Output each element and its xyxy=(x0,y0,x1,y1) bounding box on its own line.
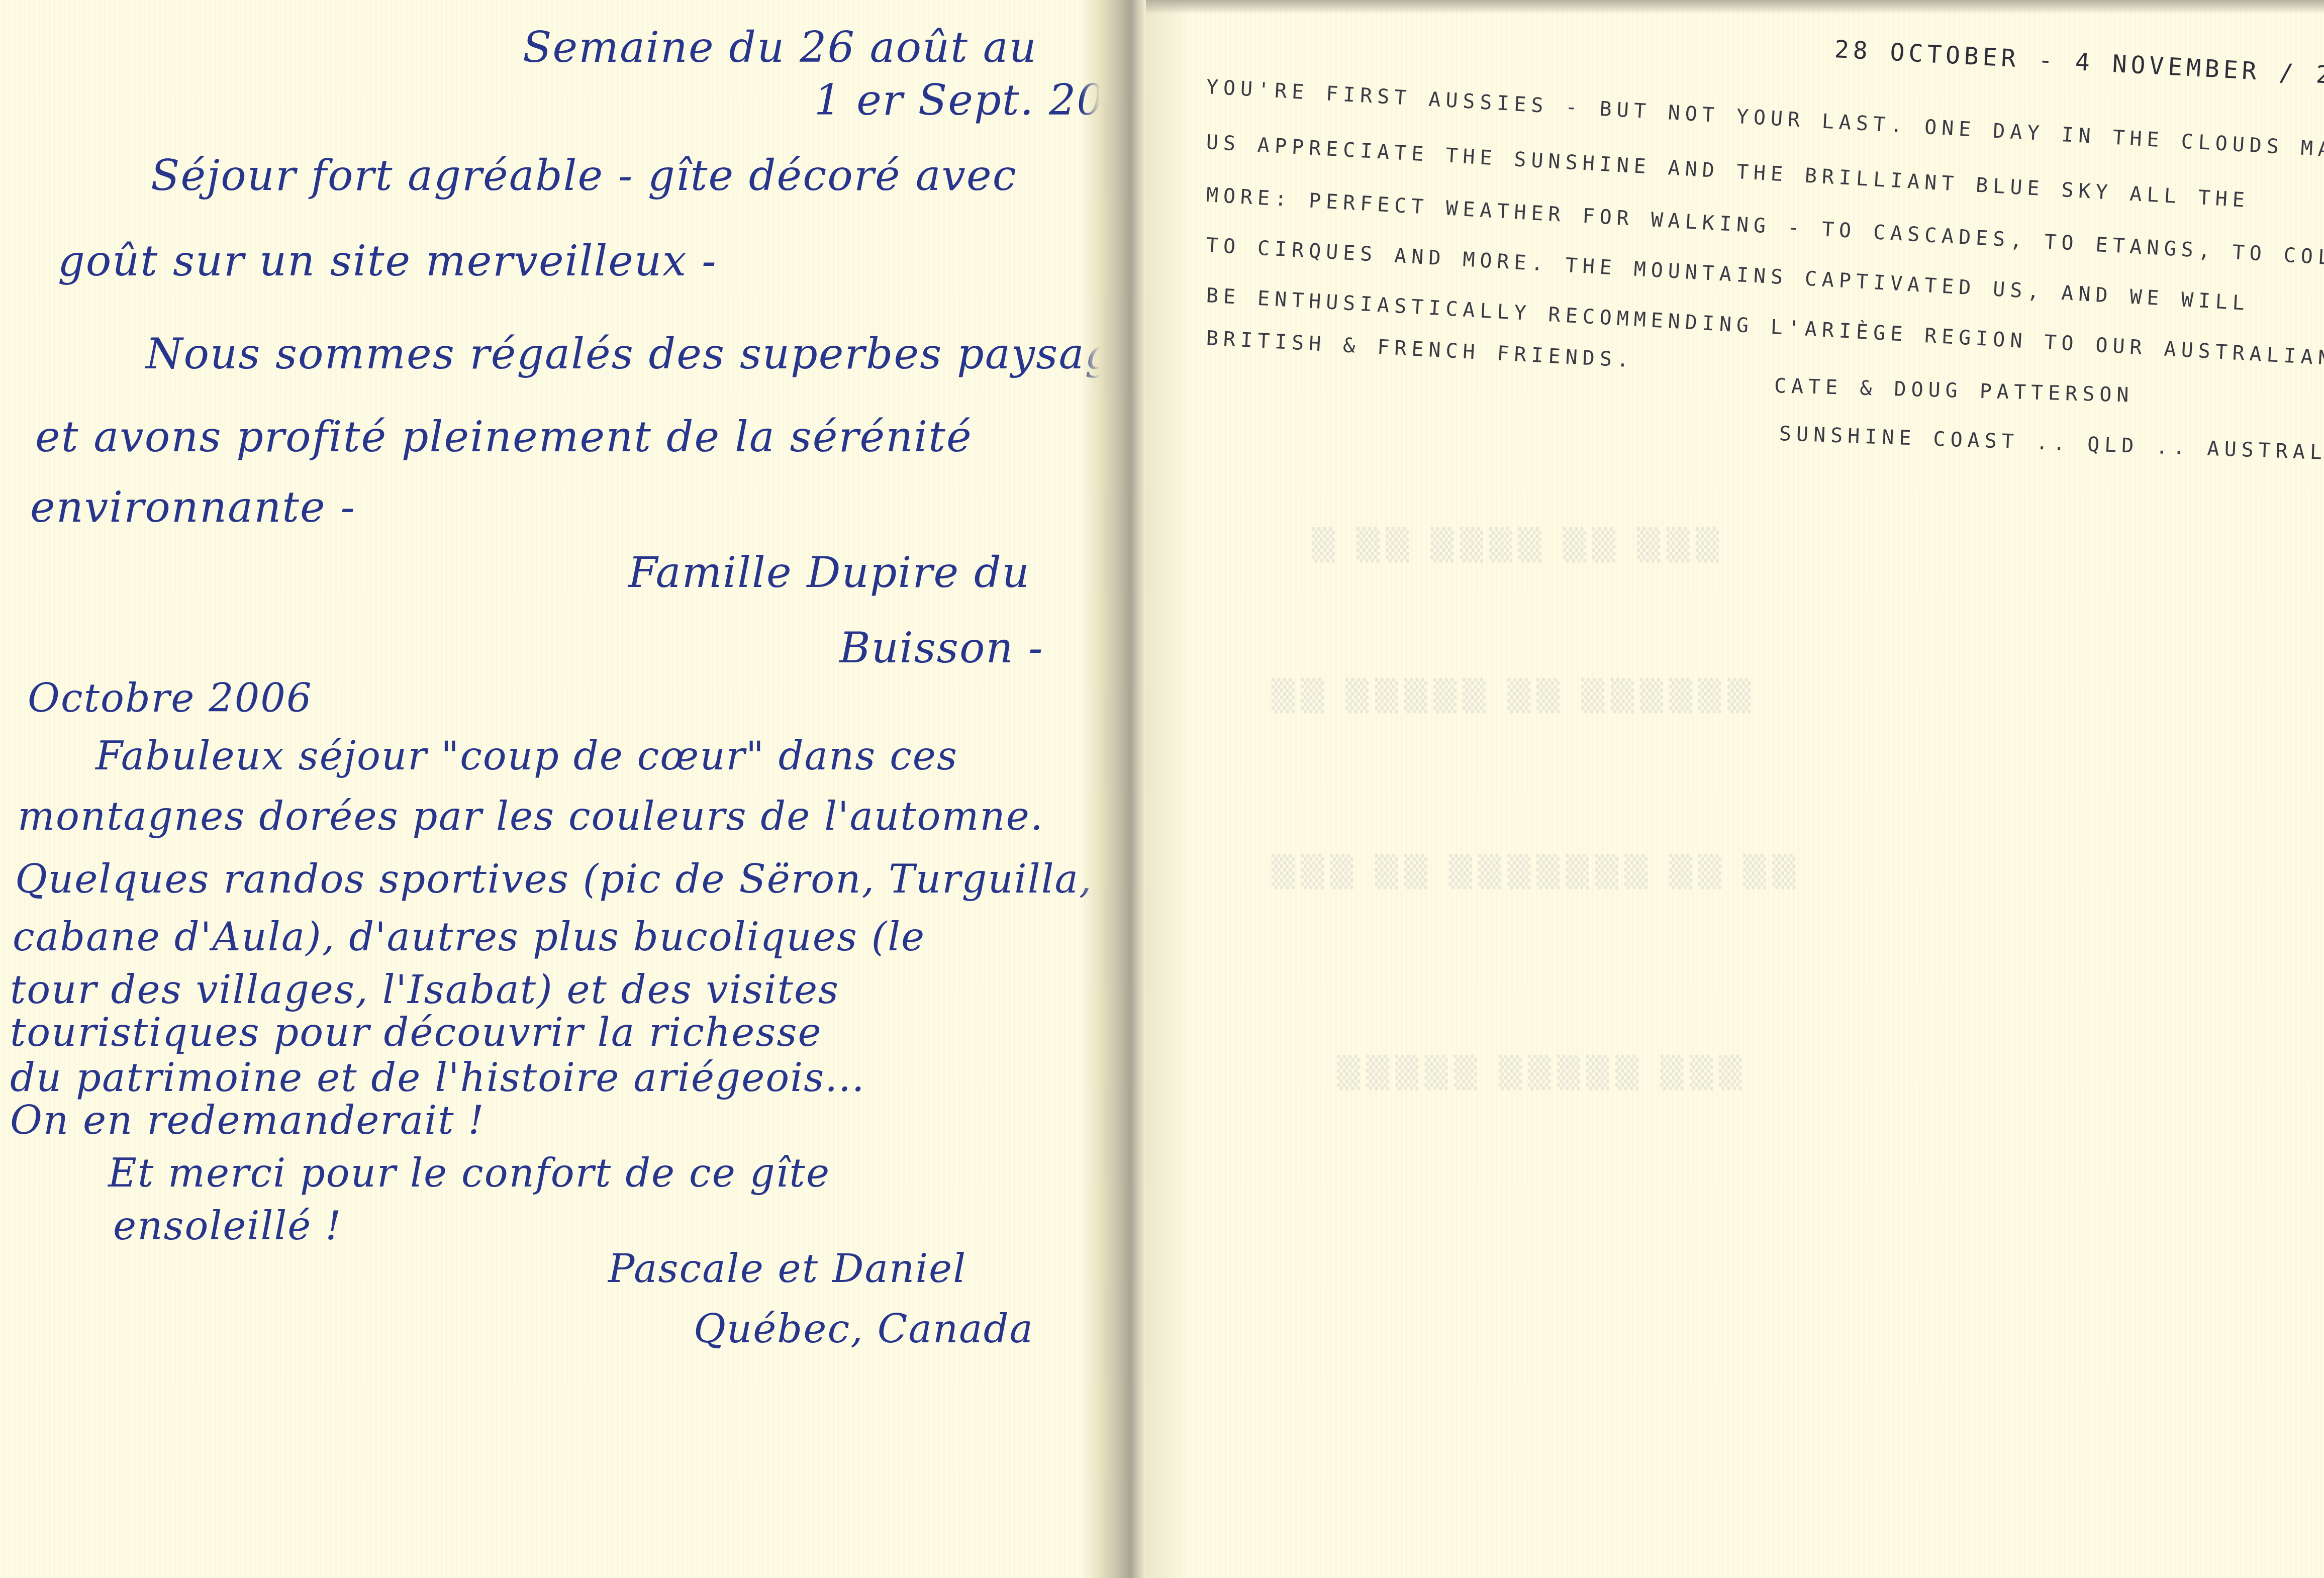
entry-1-body-line: environnante - xyxy=(30,482,356,532)
book-gutter xyxy=(1131,0,1146,1578)
guestbook-spread: Semaine du 26 août au 1 er Sept. 2006. S… xyxy=(0,0,2324,1578)
entry-2-body-line: Et merci pour le confort de ce gîte xyxy=(108,1151,830,1196)
entry-2-body-line: Quelques randos sportives (pic de Sëron,… xyxy=(15,857,1093,902)
entry-3-signature-line-2: Sunshine Coast .. QLD .. Australia. xyxy=(1779,422,2324,466)
entry-2-body-line: du patrimoine et de l'histoire ariégeois… xyxy=(10,1055,865,1101)
entry-1-signature-line-1: Famille Dupire du xyxy=(628,548,1030,597)
entry-1-signature-line-2: Buisson - xyxy=(839,623,1044,672)
entry-2-signature-line-2: Québec, Canada xyxy=(694,1307,1034,1352)
entry-2-body-line: Fabuleux séjour "coup de cœur" dans ces xyxy=(95,734,958,779)
entry-1-date-line-1: Semaine du 26 août au xyxy=(523,23,1037,72)
entry-2-date: Octobre 2006 xyxy=(28,676,313,721)
entry-3-body-line: British & French friends. xyxy=(1206,327,1634,372)
entry-1-body-line: goût sur un site merveilleux - xyxy=(58,236,717,285)
entry-2-body-line: ensoleillé ! xyxy=(113,1204,342,1249)
entry-1-body-line: et avons profité pleinement de la séréni… xyxy=(35,412,973,461)
bleed-through-text: ▒ ▒▒ ▒▒▒▒ ▒▒ ▒▒▒ xyxy=(1312,528,1725,563)
page-top-shadow xyxy=(1146,0,2324,14)
entry-2-body-line: montagnes dorées par les couleurs de l'a… xyxy=(18,794,1044,839)
entry-2-signature-line-1: Pascale et Daniel xyxy=(608,1246,966,1292)
entry-3-date: 28 October - 4 November / 2006. xyxy=(1834,35,2324,93)
entry-1-body-line: Séjour fort agréable - gîte décoré avec xyxy=(151,151,1017,200)
right-page: ▒ ▒▒ ▒▒▒▒ ▒▒ ▒▒▒ ▒▒ ▒▒▒▒▒ ▒▒ ▒▒▒▒▒▒ ▒▒▒ … xyxy=(1146,0,2324,1578)
entry-2-body-line: tour des villages, l'Isabat) et des visi… xyxy=(10,967,839,1013)
left-page: Semaine du 26 août au 1 er Sept. 2006. S… xyxy=(0,0,1131,1578)
bleed-through-text: ▒▒▒ ▒▒ ▒▒▒▒▒▒▒ ▒▒ ▒▒ xyxy=(1272,854,1802,890)
bleed-through-text: ▒▒▒▒▒ ▒▒▒▒▒ ▒▒▒ xyxy=(1337,1055,1748,1091)
entry-2-body-line: On en redemanderait ! xyxy=(10,1098,485,1143)
entry-1-date-line-2: 1 er Sept. 2006. xyxy=(814,75,1175,125)
entry-2-body-line: cabane d'Aula), d'autres plus bucoliques… xyxy=(13,915,925,960)
entry-3-signature-line-1: Cate & Doug Patterson xyxy=(1774,374,2134,407)
entry-2-body-line: touristiques pour découvrir la richesse xyxy=(10,1010,822,1055)
entry-1-body-line: Nous sommes régalés des superbes paysage… xyxy=(146,329,1161,378)
bleed-through-text: ▒▒ ▒▒▒▒▒ ▒▒ ▒▒▒▒▒▒ xyxy=(1272,678,1757,714)
